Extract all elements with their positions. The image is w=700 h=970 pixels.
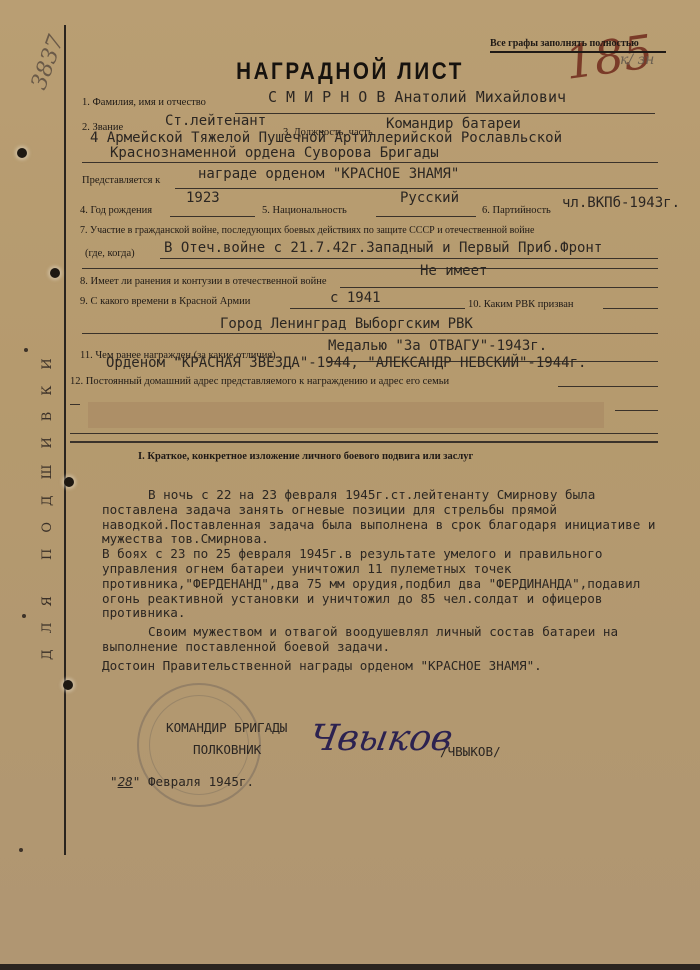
signer-name: /ЧВЫКОВ/	[440, 744, 501, 759]
field-7-sublabel: (где, когда)	[85, 248, 135, 259]
merit-description: В ночь с 22 на 23 февраля 1945г.ст.лейте…	[102, 488, 662, 674]
redacted-address	[88, 402, 604, 428]
field-8-label: 8. Имеет ли ранения и контузии в отечест…	[80, 276, 326, 287]
field-8-line	[340, 287, 658, 288]
field-7-label: 7. Участие в гражданской войне, последую…	[80, 225, 534, 236]
field-12-line-2	[615, 410, 658, 411]
presented-line	[175, 188, 658, 189]
field-6-party: чл.ВКПб-1943г.	[562, 195, 680, 211]
field-3-unit-line-2: Краснознаменной ордена Суворова Бригады	[110, 145, 439, 161]
section-divider	[70, 441, 658, 443]
staple-hole	[64, 477, 74, 487]
staple-hole	[63, 680, 73, 690]
merit-paragraph: Достоин Правительственной награды ордено…	[102, 659, 662, 674]
signer-rank: ПОЛКОВНИК	[193, 742, 261, 757]
field-9-since: с 1941	[330, 290, 381, 306]
presented-award: награде орденом "КРАСНОЕ ЗНАМЯ"	[198, 166, 459, 182]
field-12-line-3	[70, 433, 658, 434]
binding-margin-line	[64, 25, 66, 855]
merit-paragraph: В ночь с 22 на 23 февраля 1945г.ст.лейте…	[102, 488, 662, 547]
staple-hole	[50, 268, 60, 278]
field-4-line	[170, 216, 255, 217]
field-10-line	[603, 308, 658, 309]
merit-paragraph: В боях с 23 по 25 февраля 1945г.в резуль…	[102, 547, 662, 621]
paper-speck	[22, 614, 26, 618]
field-11-award-2: Орденом "КРАСНАЯ ЗВЕЗДА"-1944, "АЛЕКСАНД…	[106, 355, 586, 371]
field-5-line	[376, 216, 476, 217]
field-8-wounds: Не имеет	[420, 263, 487, 279]
presented-label: Представляется к	[82, 175, 160, 186]
field-5-nationality: Русский	[400, 190, 459, 206]
signature-date: "28" Февраля 1945г.	[110, 774, 254, 789]
field-12-line	[558, 386, 658, 387]
field-1-label: 1. Фамилия, имя и отчество	[82, 97, 206, 108]
field-10-label: 10. Каким РВК призван	[468, 299, 573, 310]
staple-hole	[17, 148, 27, 158]
field-11-award-1: Медалью "За ОТВАГУ"-1943г.	[328, 338, 547, 354]
paper-speck	[24, 348, 28, 352]
paper-speck	[19, 848, 23, 852]
field-12-label: 12. Постоянный домашний адрес представля…	[70, 376, 449, 387]
field-4-birth-year: 1923	[186, 190, 220, 206]
field-7-combat-history: В Отеч.войне с 21.7.42г.Западный и Первы…	[164, 240, 602, 256]
field-2-rank: Ст.лейтенант	[165, 113, 266, 129]
field-12-dash	[70, 404, 80, 405]
section-heading: I. Краткое, конкретное изложение личного…	[138, 451, 473, 462]
field-10-draft-office: Город Ленинград Выборгским РВК	[220, 316, 473, 332]
field-4-label: 4. Год рождения	[80, 205, 152, 216]
date-day: 28	[118, 774, 133, 789]
signer-position: КОМАНДИР БРИГАДЫ	[166, 720, 287, 735]
award-sheet: ДЛЯ ПОДШИВКИ 3837 185 к/ зн Все графы за…	[0, 0, 700, 964]
field-5-label: 5. Национальность	[262, 205, 347, 216]
document-title: НАГРАДНОЙ ЛИСТ	[49, 58, 651, 86]
field-9-label: 9. С какого времени в Красной Армии	[80, 296, 250, 307]
field-10-line-2	[82, 333, 658, 334]
binding-margin-text: ДЛЯ ПОДШИВКИ	[40, 342, 55, 660]
field-3-line	[82, 162, 658, 163]
field-3-unit-line-1: 4 Армейской Тяжелой Пушечной Артиллерийс…	[90, 130, 562, 146]
field-7-line-2	[82, 268, 658, 269]
instruction-note: Все графы заполнять полностью	[490, 38, 666, 53]
merit-paragraph: Своим мужеством и отвагой воодушевлял ли…	[102, 625, 662, 655]
field-7-line	[160, 258, 658, 259]
handwritten-signature: Чвыков	[306, 718, 455, 759]
field-1-full-name: С М И Р Н О В Анатолий Михайлович	[268, 88, 566, 106]
field-1-line	[235, 113, 655, 114]
field-9-line	[290, 308, 465, 309]
date-month-year: Февраля 1945г.	[148, 774, 254, 789]
field-6-label: 6. Партийность	[482, 205, 551, 216]
